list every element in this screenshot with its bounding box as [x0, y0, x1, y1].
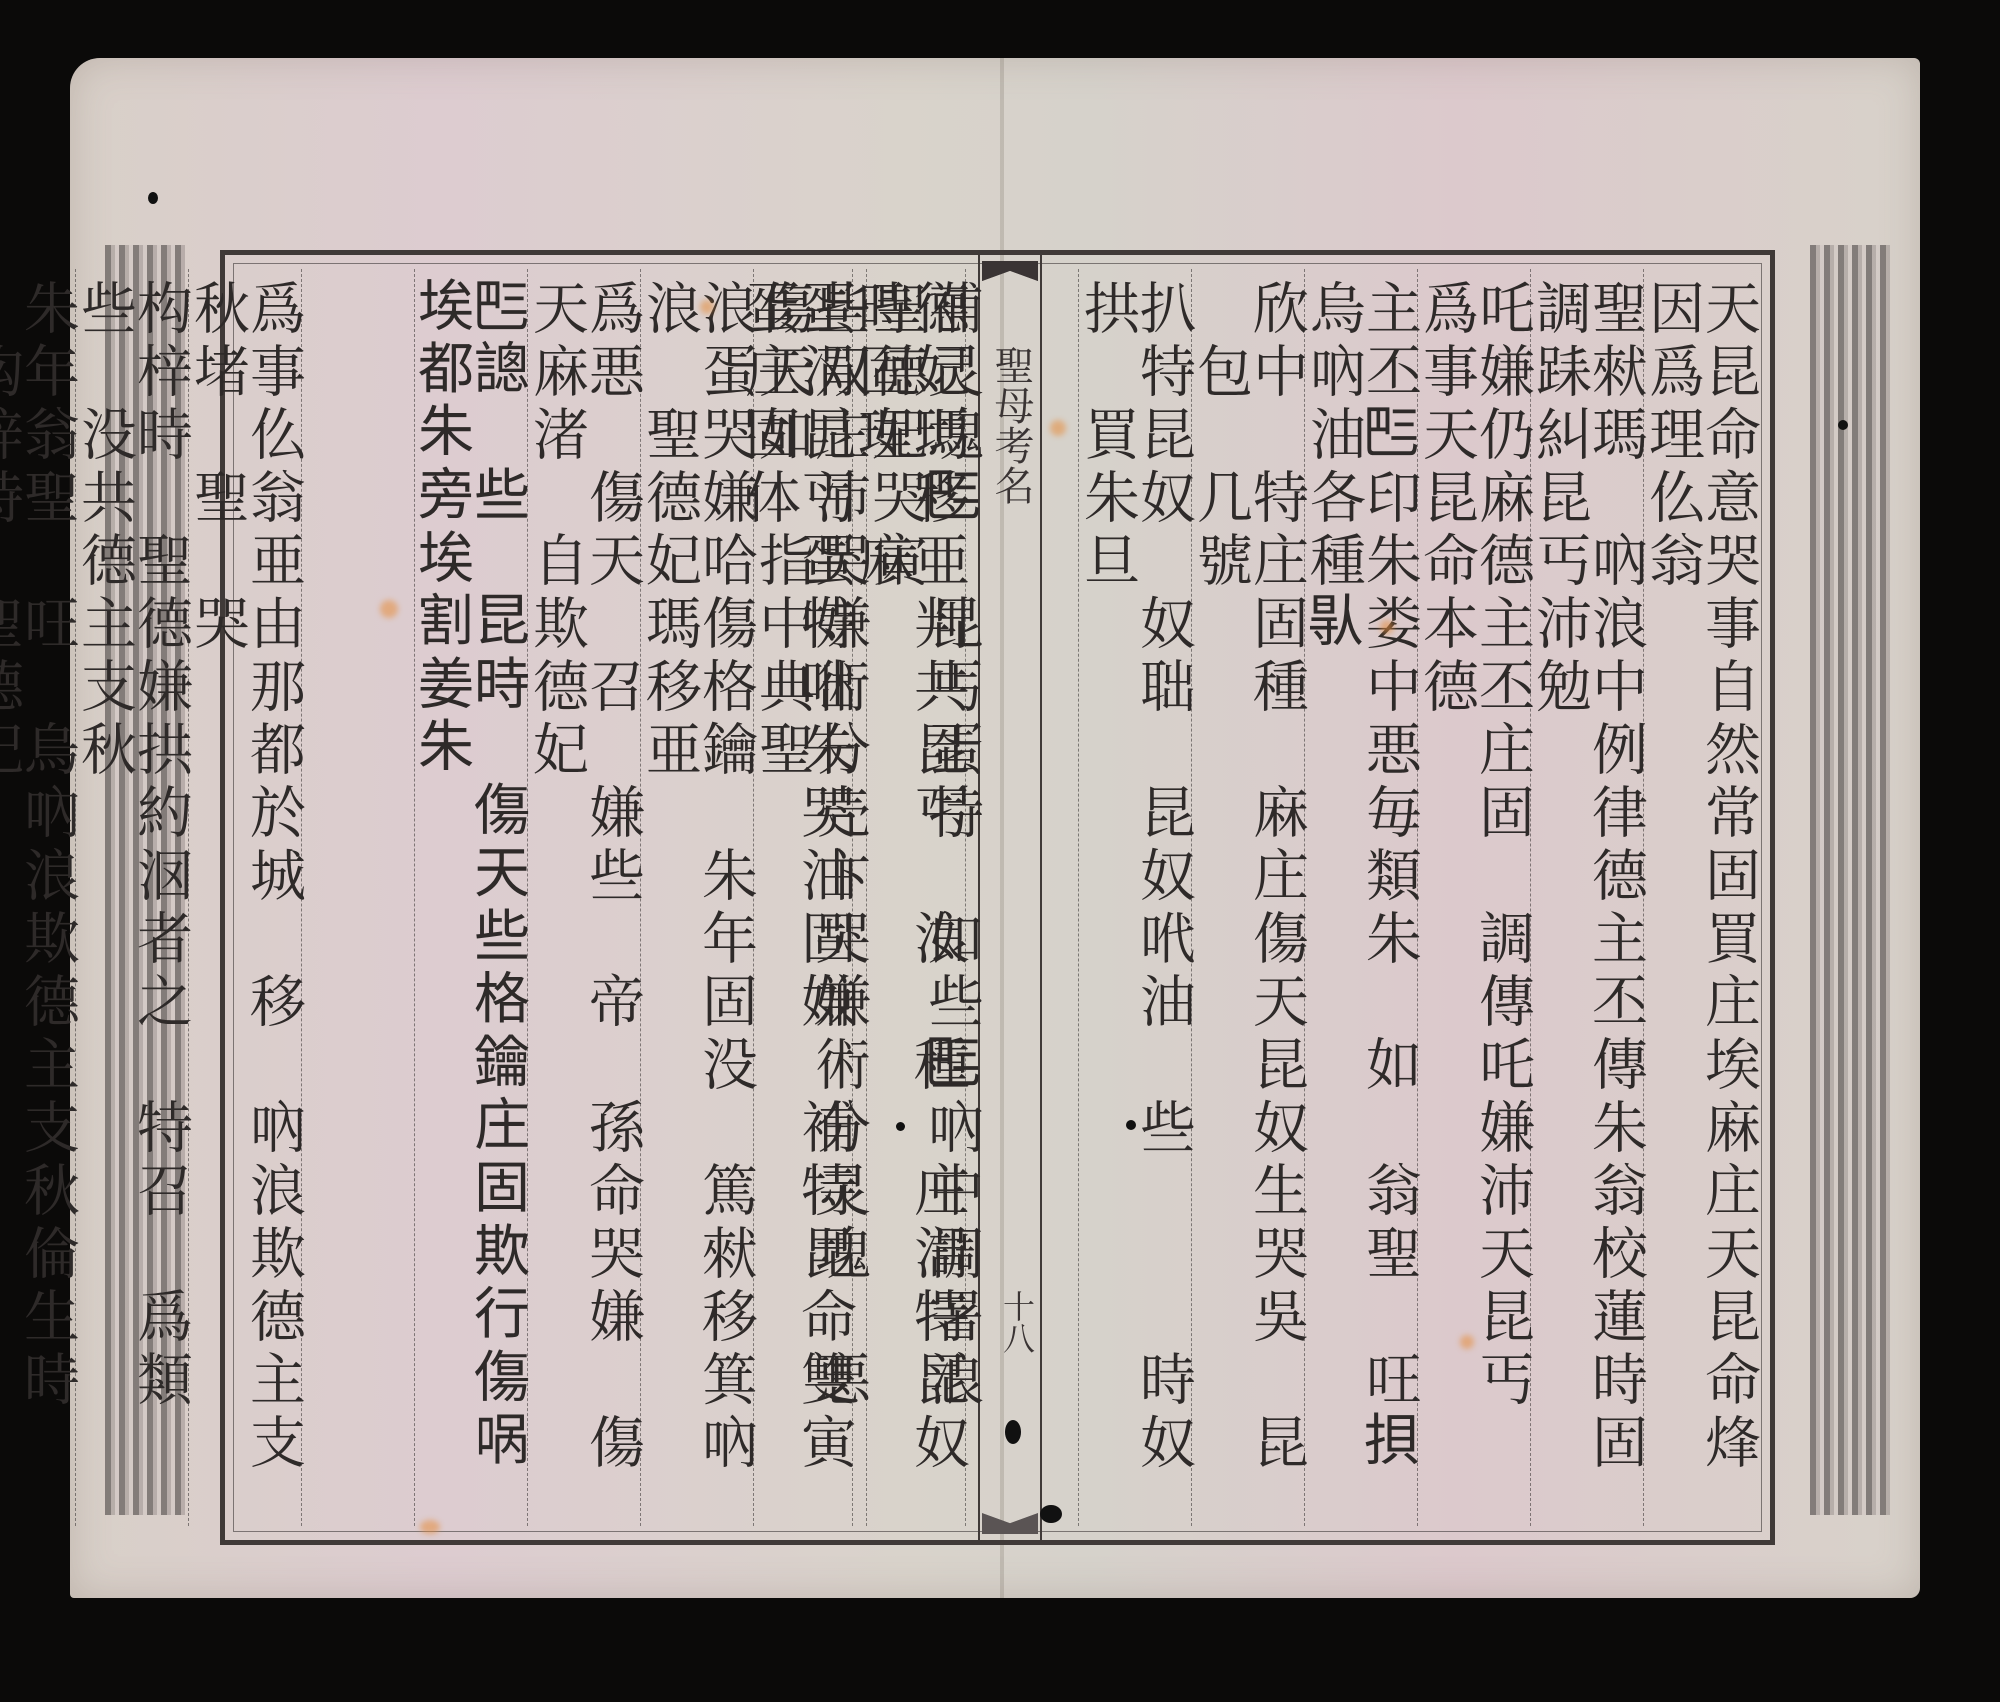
column-text: 构梓時𢤞聖德嫌拱約𣲷者之𠹾特召𦹵爲類𠹾些𠄼没共德主支秋	[76, 279, 188, 1526]
column-text: 浪蛋哭嫌哈傷格鑰𤗖朱年固没𠹾篤猌移箕吶浪𢤞聖德妃瑪移亜	[641, 279, 753, 1526]
fishtail-bottom-icon	[982, 1498, 1038, 1534]
column-text: 爲事仫翁亜由那都於城𢿛移𨅸吶浪欺德主支秋堵𠛌聖𠹾哭𨖅𢭲	[189, 279, 301, 1526]
text-column: 補灵塊𠀧𩈘昆丐蛋特𡗶如些𠀧吶中調署浪𢤞聖德妃哭寅𡽫	[866, 269, 979, 1526]
text-column: 欣中𡸈特庄固種𢂞麻庄傷天昆奴生哭吳𥙩昆𥺊包𥊒几號	[1191, 269, 1304, 1526]
column-text: 爲悪𢤞傷天𠀧召𠄼嫌些𪽝帝𠹾孫命哭嫌𢤞傷天麻渚𡗶自欺德妃	[528, 279, 640, 1526]
right-margin-strip	[1810, 245, 1890, 1515]
column-text: 補灵塊𠀧𩈘昆丐蛋特𡗶如些𠀧吶中調署浪𢤞聖德妃哭寅𡽫	[867, 279, 979, 1526]
text-column: 爲悪𢤞傷天𠀧召𠄼嫌些𪽝帝𠹾孫命哭嫌𢤞傷天麻渚𡗶自欺德妃	[527, 269, 640, 1526]
foxing-stain	[1050, 420, 1066, 436]
column-text: 欣中𡸈特庄固種𢂞麻庄傷天昆奴生哭吳𥙩昆𥺊包𥊒几號	[1192, 279, 1304, 1526]
text-column: 𢫝特格𢤞聖德嫌傷天些中各干艱難吧各事險危些常及於代尼囷	[301, 269, 414, 1526]
foxing-stain	[380, 600, 398, 618]
right-half-page: 天昆命意哭事自然常固買庄埃麻庄天昆命烽因爲理仫翁 聖猌瑪𠷍吶浪中例律德主丕傳朱翁…	[1016, 269, 1756, 1526]
column-text: 𠀧謥𥙩些𠄼昆時𠹾傷天些格鑰庄固欺行傷㖞埃都朱旁埃割姜朱	[415, 279, 527, 1526]
column-text: 主丕𠀧印朱娄中悪毎類朱𩈘如𡍣翁聖𢈱㕵𢭲烏吶油各種𠊛	[1305, 279, 1417, 1526]
text-column: 天昆命意哭事自然常固買庄埃麻庄天昆命烽因爲理仫翁	[1643, 269, 1756, 1526]
column-text: 吒嫌仍麻德主丕庄固𪽝調傳吒嫌沛天昆丐𪽝爲事天昆命本德	[1418, 279, 1530, 1526]
text-column: 𠀧謥𥙩些𠄼昆時𠹾傷天些格鑰庄固欺行傷㖞埃都朱旁埃割姜朱	[414, 269, 527, 1526]
text-column: 扒特昆奴𡗶奴聉𥄮昆奴𠰺油𠹾些𢭸𡦂𩛷時奴拱𨅸買朱旦	[1078, 269, 1191, 1526]
column-text: 聖猌瑪𠷍吶浪中例律德主丕傳朱翁校蓮時固調𨀤糾昆丐沛勉	[1531, 279, 1643, 1526]
column-text: 天昆命意哭事自然常固買庄埃麻庄天昆命烽因爲理仫翁	[1644, 279, 1756, 1526]
worm-hole	[1838, 420, 1848, 430]
text-column: 爲事仫翁亜由那都於城𢿛移𨅸吶浪欺德主支秋堵𠛌聖𠹾哭𨖅𢭲	[188, 269, 301, 1526]
book-title: 聖母考名	[980, 345, 1040, 505]
text-column: 聖猌瑪𠷍吶浪中例律德主丕傳朱翁校蓮時固調𨀤糾昆丐沛勉	[1530, 269, 1643, 1526]
left-half-page: 補灵塊𠀧𩈘昆丐蛋特𡗶如些𠀧吶中調署浪𢤞聖德妃哭寅𡽫 些双庄沛哭嫌術分壳卞哭嫌術分…	[239, 269, 979, 1526]
column-text: 些双庄沛哭嫌術分壳卞哭嫌術分灵塊𪽝悪𢤞傷天如𠀧指中典聖	[754, 279, 866, 1526]
column-text: 𢫝特格𢤞聖德嫌傷天些中各干艱難吧各事險危些常及於代尼囷	[302, 279, 414, 1526]
worm-hole	[148, 192, 158, 204]
text-column: 构梓時𢤞聖德嫌拱約𣲷者之𠹾特召𦹵爲類𠹾些𠄼没共德主支秋	[75, 269, 188, 1526]
text-column: 吒嫌仍麻德主丕庄固𪽝調傳吒嫌沛天昆丐𪽝爲事天昆命本德	[1417, 269, 1530, 1526]
column-text: 扒特昆奴𡗶奴聉𥄮昆奴𠰺油𠹾些𢭸𡦂𩛷時奴拱𨅸買朱旦	[1079, 279, 1191, 1526]
worm-hole	[1040, 1505, 1062, 1523]
foxing-stain	[420, 1520, 440, 1534]
text-column: 浪蛋哭嫌哈傷格鑰𤗖朱年固没𠹾篤猌移箕吶浪𢤞聖德妃瑪移亜	[640, 269, 753, 1526]
worm-hole	[1005, 1420, 1021, 1444]
text-column: 朱年翁聖𢈱㕵𢭲烏吶浪欺德主支秋倫生時𨖅𢭲构梓特𢤞聖德妃	[0, 269, 75, 1526]
foxing-stain	[700, 300, 714, 314]
page-number: 十八	[980, 1290, 1040, 1354]
worm-hole	[896, 1122, 905, 1131]
text-column: 主丕𠀧印朱娄中悪毎類朱𩈘如𡍣翁聖𢈱㕵𢭲烏吶油各種𠊛	[1304, 269, 1417, 1526]
center-column: 聖母考名 十八	[978, 255, 1042, 1540]
worm-hole	[1126, 1120, 1136, 1130]
column-text: 朱年翁聖𢈱㕵𢭲烏吶浪欺德主支秋倫生時𨖅𢭲构梓特𢤞聖德妃	[0, 279, 75, 1526]
foxing-stain	[1380, 620, 1394, 634]
foxing-stain	[1460, 1335, 1474, 1349]
text-column: 些双庄沛哭嫌術分壳卞哭嫌術分灵塊𪽝悪𢤞傷天如𠀧指中典聖	[753, 269, 866, 1526]
print-frame: 天昆命意哭事自然常固買庄埃麻庄天昆命烽因爲理仫翁 聖猌瑪𠷍吶浪中例律德主丕傳朱翁…	[220, 250, 1775, 1545]
fishtail-top-icon	[982, 261, 1038, 295]
